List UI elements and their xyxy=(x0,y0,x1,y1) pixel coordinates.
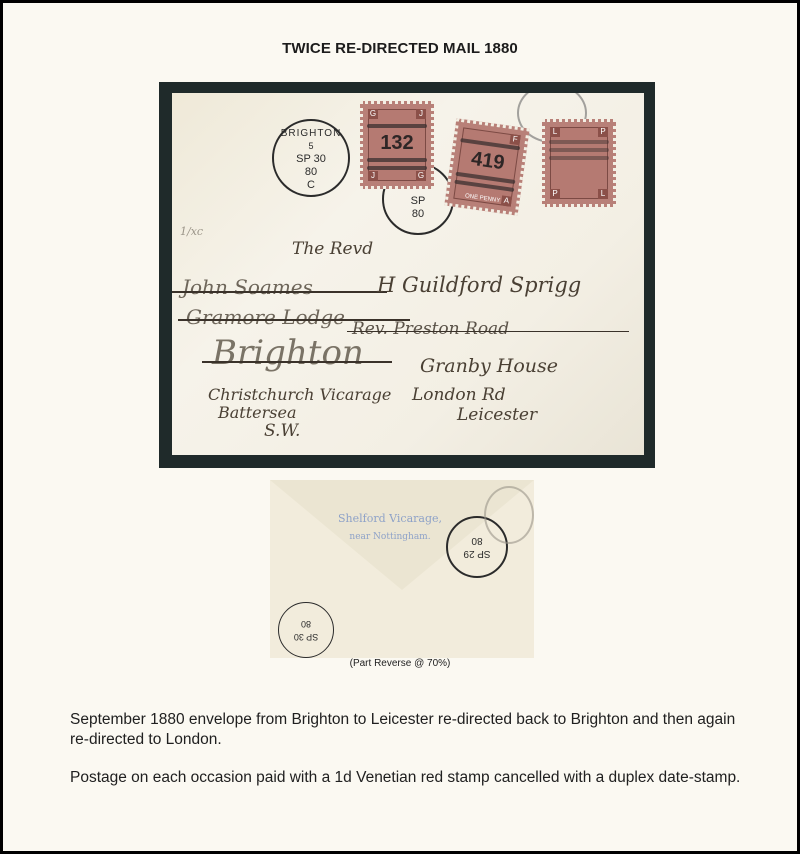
brighton-postmark: BRIGHTON 5 SP 30 80 C xyxy=(272,119,350,197)
address-house: Granby House xyxy=(420,355,558,377)
envelope-front: BRIGHTON 5 SP 30 80 C SP 80 G J J G 132 … xyxy=(172,93,644,455)
address-line-1: The Revd xyxy=(292,239,373,259)
address-postcode: S.W. xyxy=(264,421,300,441)
address-vicarage: Christchurch Vicarage xyxy=(208,385,391,404)
address-road: London Rd xyxy=(412,385,506,405)
embossed-address-line-1: Shelford Vicarage, xyxy=(330,512,450,525)
embossed-address-line-2: near Nottingham. xyxy=(330,532,450,542)
address-city: Leicester xyxy=(457,405,537,425)
address-struck-town: Brighton xyxy=(212,333,364,373)
reverse-partial-postmark xyxy=(484,486,534,544)
docket-note: 1/xc xyxy=(180,225,203,238)
reverse-caption: (Part Reverse @ 70%) xyxy=(0,658,800,669)
address-struck-house: Gramore Lodge xyxy=(186,305,345,329)
description-paragraph-1: September 1880 envelope from Brighton to… xyxy=(70,710,750,750)
reverse-postmark-2: SP 30 80 xyxy=(278,602,334,658)
address-district: Battersea xyxy=(218,403,297,422)
address-struck-name: John Soames xyxy=(182,275,313,299)
stamp-419: F A 419 ONE PENNY xyxy=(444,118,530,215)
description-paragraph-2: Postage on each occasion paid with a 1d … xyxy=(70,768,750,788)
address-struck-road: Rev. Preston Road xyxy=(352,319,509,339)
address-name: H Guildford Sprigg xyxy=(377,273,581,297)
stamp-132: G J J G 132 xyxy=(360,101,434,189)
stamp-inverted: L P P L xyxy=(542,119,616,207)
envelope-reverse: Shelford Vicarage, near Nottingham. SP 2… xyxy=(270,480,534,658)
page-title: TWICE RE-DIRECTED MAIL 1880 xyxy=(0,40,800,57)
